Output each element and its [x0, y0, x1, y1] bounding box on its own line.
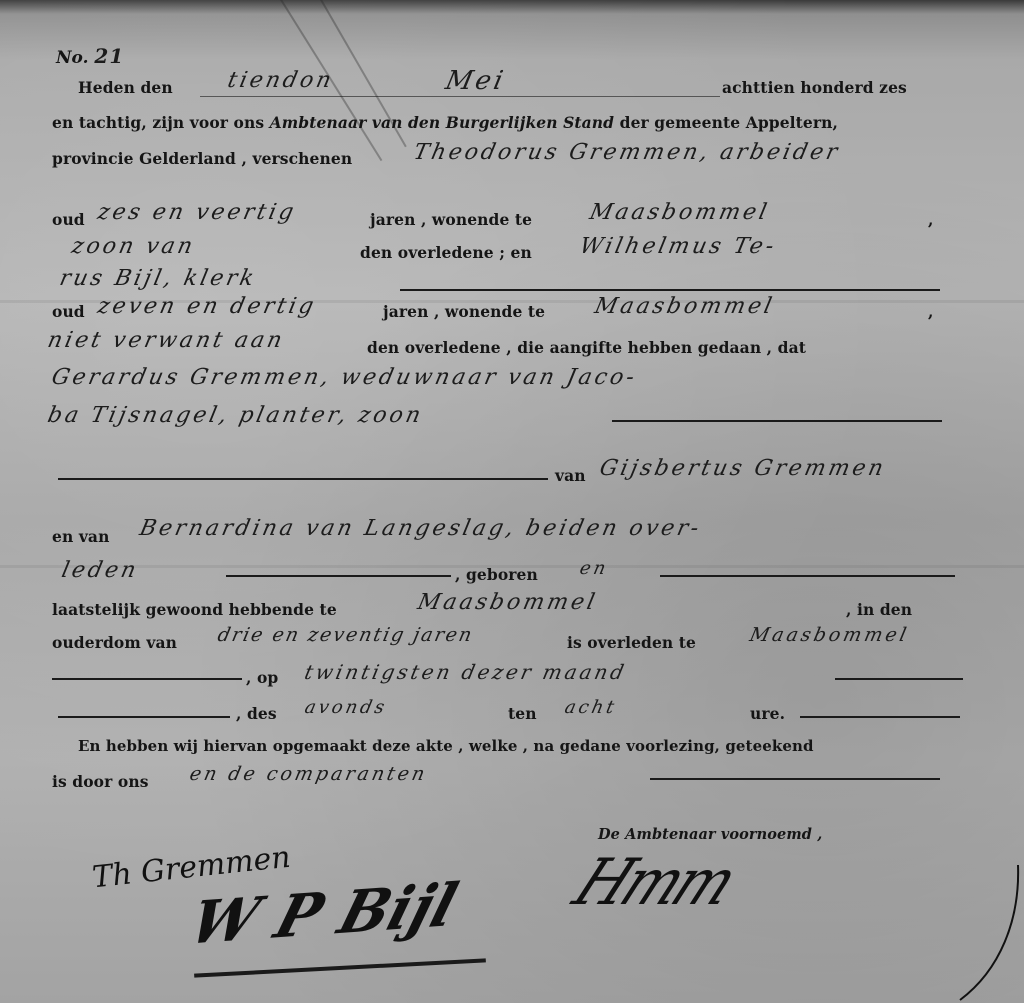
- printed-is-door-ons: is door ons: [52, 772, 149, 791]
- printed-oud: oud: [52, 210, 85, 229]
- hw-declarant2-residence: Maasbommel: [592, 294, 776, 319]
- printed-comma-2: ,: [928, 302, 934, 321]
- hw-time-of-day: avonds: [303, 697, 390, 718]
- printed-ure: ure.: [750, 704, 785, 723]
- hw-declarant1-residence: Maasbommel: [587, 200, 771, 225]
- record-number: No. 21: [56, 44, 124, 68]
- hw-last-residence: Maasbommel: [415, 590, 599, 615]
- fill-line: [226, 575, 451, 577]
- printed-oud-2: oud: [52, 302, 85, 321]
- printed-heden-den: Heden den: [78, 78, 173, 97]
- printed-ouderdom: ouderdom van: [52, 633, 177, 652]
- hw-deceased-b: ba Tijsnagel, planter, zoon: [45, 403, 425, 428]
- hw-deceased-a: Gerardus Gremmen, weduwnaar van Jaco-: [49, 365, 639, 390]
- hw-declarant2-b: rus Bijl, klerk: [57, 266, 259, 291]
- fill-line: [400, 289, 940, 291]
- hw-mother-a: Bernardina van Langeslag, beiden over-: [137, 516, 703, 541]
- signature-flourish: [900, 860, 1024, 1003]
- printed-geboren: , geboren: [455, 565, 538, 584]
- printed-op: , op: [246, 668, 278, 687]
- printed-van: van: [555, 466, 586, 485]
- printed-l2a: en tachtig, zijn voor ons: [52, 113, 264, 132]
- hw-born-in: en: [578, 558, 611, 579]
- hw-declarant1-age: zes en veertig: [95, 200, 298, 225]
- hw-father: Gijsbertus Gremmen: [597, 456, 888, 481]
- printed-overledene-en: den overledene ; en: [360, 243, 532, 262]
- hw-declarant1-relation: zoon van: [69, 234, 197, 259]
- fill-line: [200, 96, 720, 97]
- hw-date-of-death: twintigsten dezer maand: [302, 660, 629, 684]
- printed-wonende-te-2: jaren , wonende te: [383, 302, 545, 321]
- printed-in-den: , in den: [846, 600, 912, 619]
- printed-official-label: De Ambtenaar voornoemd ,: [598, 826, 822, 843]
- hw-date-month: Mei: [443, 66, 509, 96]
- fill-line: [612, 420, 942, 422]
- printed-ambtenaar: Ambtenaar van den Burgerlijken Stand: [270, 113, 614, 132]
- signature-underline: [194, 958, 486, 977]
- number-label: No.: [56, 48, 89, 68]
- hw-mother-b: leden: [59, 558, 141, 583]
- printed-closing-statement: En hebben wij hiervan opgemaakt deze akt…: [78, 737, 814, 755]
- number-value: 21: [94, 44, 124, 68]
- hw-declarant2-relation: niet verwant aan: [45, 328, 287, 353]
- signature-declarant2: W P Bijl: [182, 870, 465, 958]
- fill-line: [650, 778, 940, 780]
- hw-signed-by: en de comparanten: [188, 763, 430, 785]
- printed-gemeente: der gemeente Appeltern,: [620, 113, 838, 132]
- printed-provincie: provincie Gelderland , verschenen: [52, 149, 352, 168]
- death-record-page: No. 21 Heden den tiendon Mei achttien ho…: [0, 0, 1024, 1003]
- hw-declarant1: Theodorus Gremmen, arbeider: [411, 140, 842, 165]
- fill-line: [58, 716, 230, 718]
- hw-date-day: tiendon: [225, 68, 336, 93]
- printed-year-part1: achttien honderd zes: [722, 78, 907, 97]
- fill-line: [800, 716, 960, 718]
- fill-line: [52, 678, 242, 680]
- printed-line-2: en tachtig, zijn voor ons Ambtenaar van …: [52, 113, 838, 132]
- printed-en-van: en van: [52, 527, 109, 546]
- hw-declarant2-a: Wilhelmus Te-: [577, 234, 779, 259]
- printed-des: , des: [236, 704, 277, 723]
- printed-ten: ten: [508, 704, 537, 723]
- fill-line: [835, 678, 963, 680]
- hw-age-at-death: drie en zeventig jaren: [216, 624, 476, 646]
- hw-hour: acht: [563, 697, 619, 718]
- printed-wonende-te: jaren , wonende te: [370, 210, 532, 229]
- signature-official: Hmm: [563, 845, 746, 920]
- hw-place-of-death: Maasbommel: [748, 624, 912, 646]
- printed-comma: ,: [928, 210, 934, 229]
- printed-laatstelijk: laatstelijk gewoond hebbende te: [52, 600, 337, 619]
- hw-declarant2-age: zeven en dertig: [95, 294, 318, 319]
- fill-line: [660, 575, 955, 577]
- printed-overleden-te: is overleden te: [567, 633, 696, 652]
- printed-aangifte: den overledene , die aangifte hebben ged…: [367, 338, 806, 357]
- fill-line: [58, 478, 548, 480]
